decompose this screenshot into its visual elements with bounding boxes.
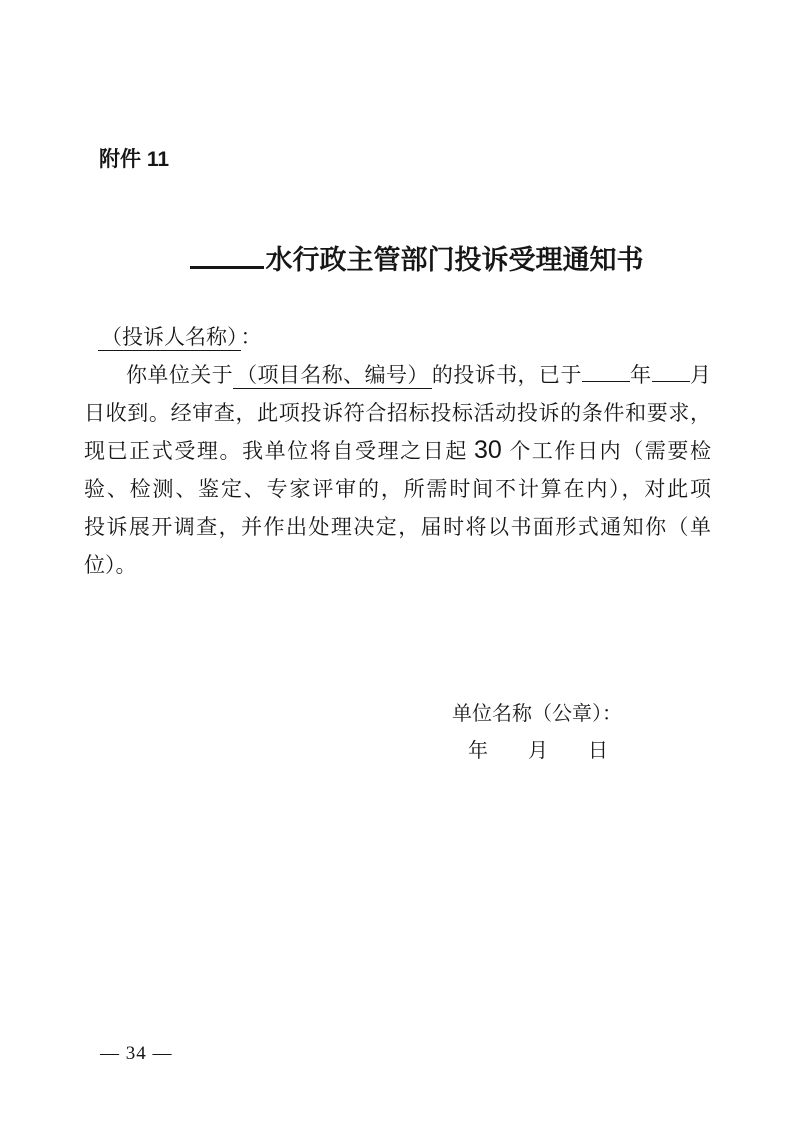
- document-body: （投诉人名称）： 你单位关于（项目名称、编号）的投诉书，已于年月 日收到。经审查…: [84, 318, 711, 584]
- title-blank-line: [190, 243, 264, 269]
- working-days-number: 30: [474, 436, 502, 464]
- year-label: 年: [630, 363, 652, 387]
- body-line-3: 现已正式受理。我单位将自受理之日起30个工作日内（需要检: [84, 432, 711, 470]
- complainant-name-underlined: （投诉人名称）: [98, 325, 241, 351]
- page-number: — 34 —: [100, 1043, 173, 1065]
- month-blank-line: [652, 361, 690, 382]
- year-blank-line: [582, 361, 630, 382]
- body-line-1: 你单位关于（项目名称、编号）的投诉书，已于年月: [84, 356, 711, 394]
- body-line-5: 投诉展开调查，并作出处理决定，届时将以书面形式通知你（单: [84, 508, 711, 546]
- document-page: 附件 11 水行政主管部门投诉受理通知书 （投诉人名称）： 你单位关于（项目名称…: [0, 0, 793, 1122]
- line1-text-a: 你单位关于: [126, 363, 233, 387]
- salutation-line: （投诉人名称）：: [84, 318, 711, 356]
- body-line-2: 日收到。经审查，此项投诉符合招标投标活动投诉的条件和要求，: [84, 394, 711, 432]
- document-title: 水行政主管部门投诉受理通知书: [266, 245, 644, 275]
- salutation-colon: ：: [241, 325, 262, 349]
- line3-text-a: 现已正式受理。我单位将自受理之日起: [84, 439, 468, 463]
- body-line-6: 位）。: [84, 546, 711, 584]
- document-title-row: 水行政主管部门投诉受理通知书: [84, 238, 711, 277]
- body-line-4: 验、检测、鉴定、专家评审的，所需时间不计算在内），对此项: [84, 470, 711, 508]
- attachment-label: 附件 11: [99, 143, 169, 173]
- signature-unit-label: 单位名称（公章）：: [452, 697, 622, 726]
- line3-text-b: 个工作日内（需要检: [508, 439, 711, 463]
- line1-text-b: 的投诉书，已于: [432, 363, 582, 387]
- month-label: 月: [690, 363, 711, 387]
- signature-date-line: 年 月 日: [468, 734, 608, 763]
- project-name-underlined: （项目名称、编号）: [233, 363, 432, 389]
